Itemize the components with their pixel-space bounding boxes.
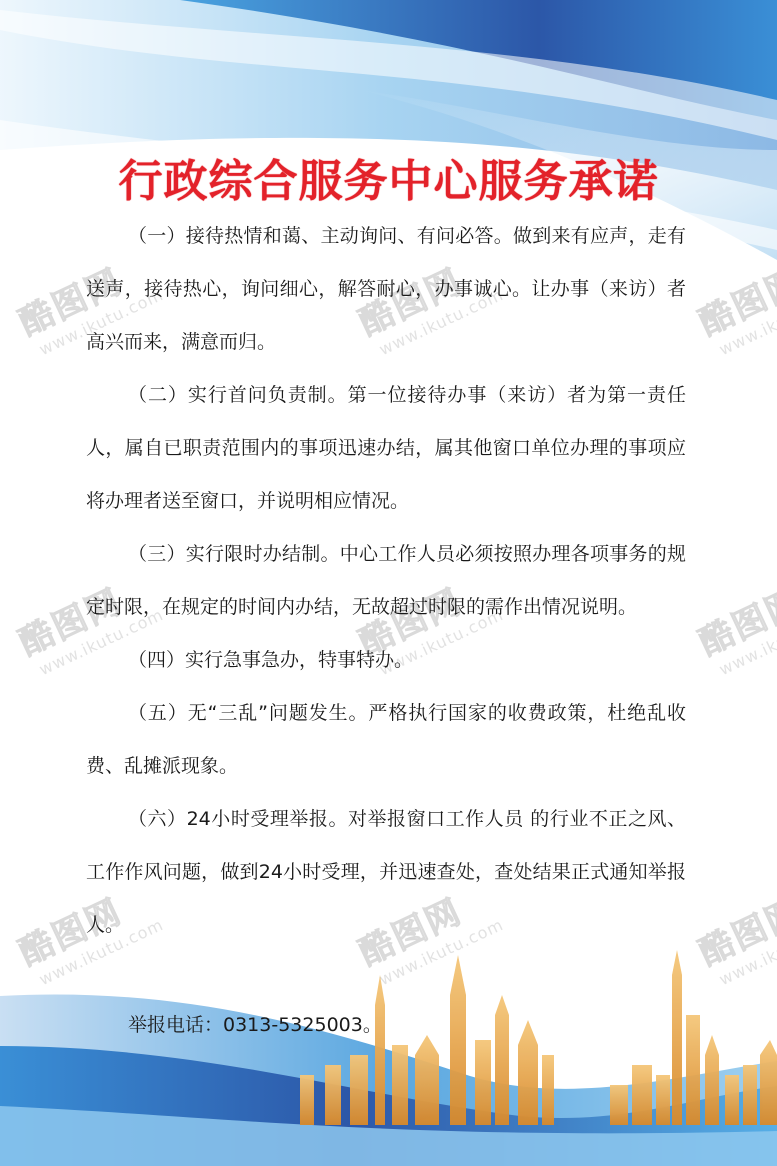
watermark: 酷图网 www.ikutu.com	[690, 560, 777, 681]
poster: 酷图网 www.ikutu.com 酷图网 www.ikutu.com 酷图网 …	[0, 0, 777, 1166]
commitment-item-5: （五）无“三乱”问题发生。严格执行国家的收费政策，杜绝乱收费、乱摊派现象。	[86, 687, 686, 793]
commitment-item-4: （四）实行急事急办，特事特办。	[86, 634, 686, 687]
commitment-item-3: （三）实行限时办结制。中心工作人员必须按照办理各项事务的规定时限，在规定的时间内…	[86, 528, 686, 634]
report-hotline: 举报电话：0313-5325003。	[128, 1010, 382, 1037]
commitment-item-6: （六）24小时受理举报。对举报窗口工作人员 的行业不正之风、工作作风问题，做到2…	[86, 793, 686, 952]
poster-title: 行政综合服务中心服务承诺	[0, 145, 777, 209]
commitment-list: （一）接待热情和蔼、主动询问、有问必答。做到来有应声，走有送声，接待热心，询问细…	[86, 210, 686, 952]
city-skyline-illustration	[280, 945, 777, 1145]
commitment-item-2: （二）实行首问负责制。第一位接待办事（来访）者为第一责任人，属自已职责范围内的事…	[86, 369, 686, 528]
commitment-item-1: （一）接待热情和蔼、主动询问、有问必答。做到来有应声，走有送声，接待热心，询问细…	[86, 210, 686, 369]
